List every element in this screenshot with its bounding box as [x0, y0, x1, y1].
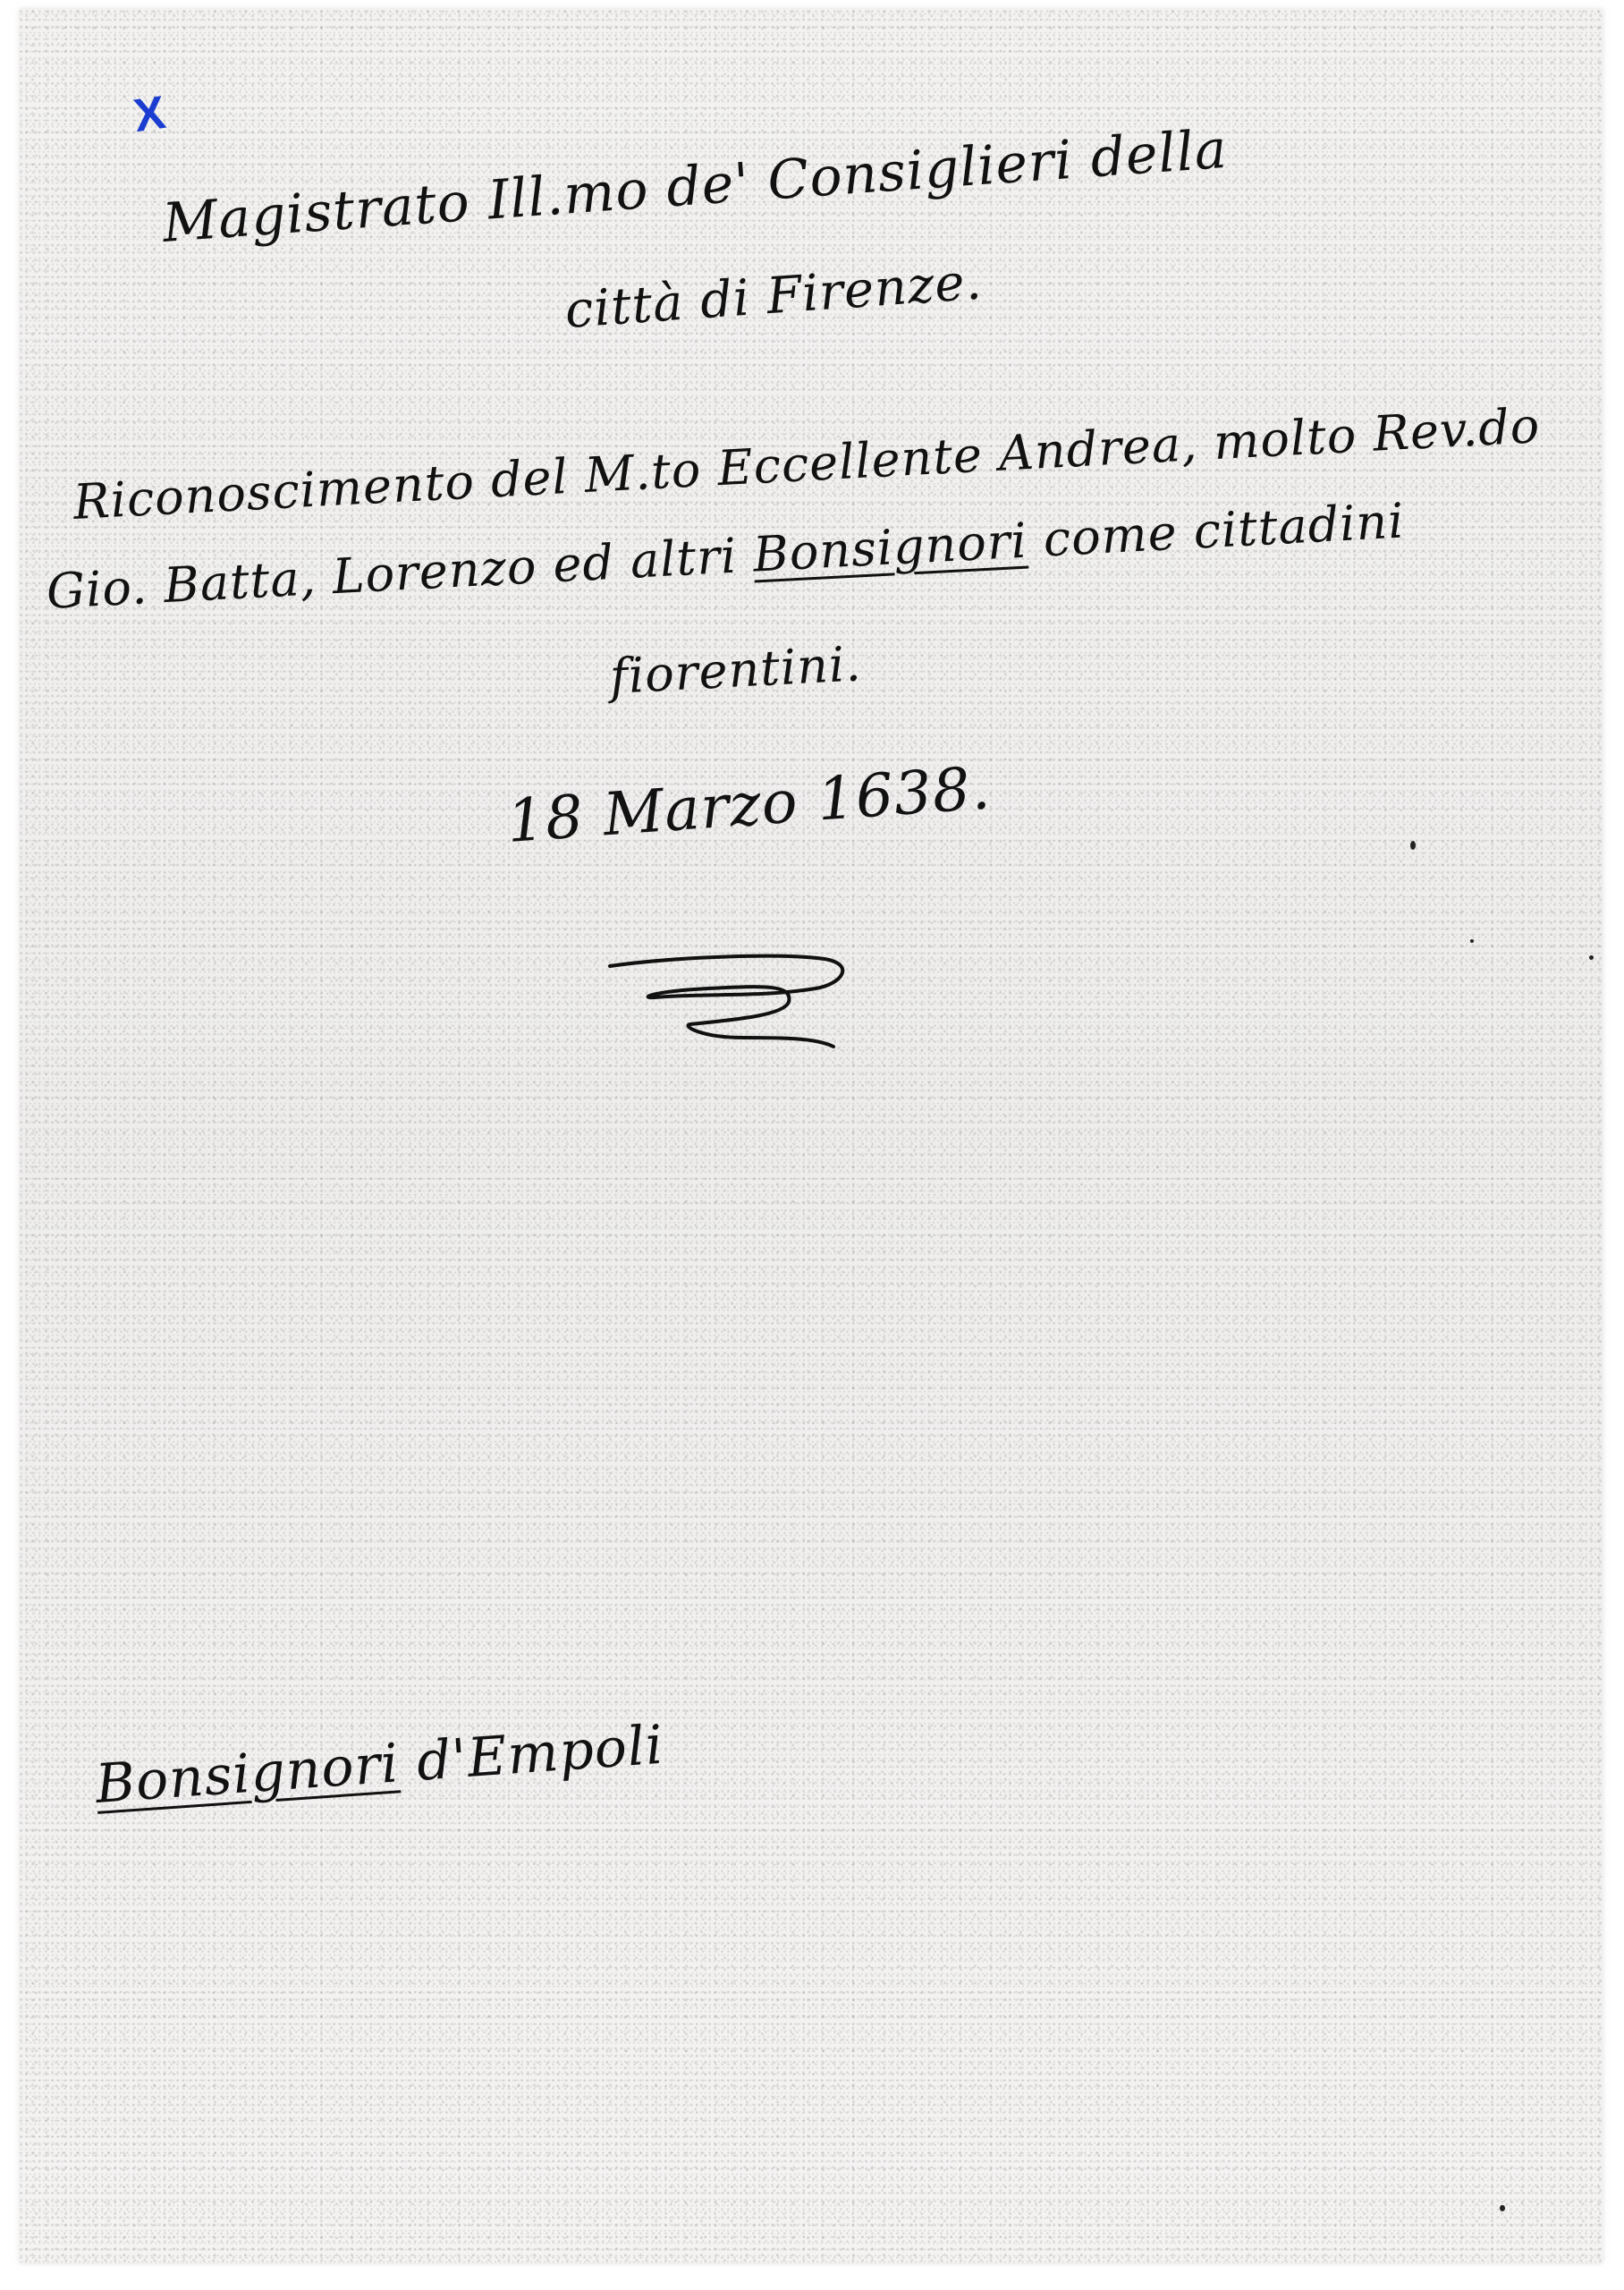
footer-family-name: Bonsignori	[94, 1732, 402, 1816]
ink-speck	[1470, 939, 1474, 943]
document-page: X Magistrato Ill.mo de' Consiglieri dell…	[20, 9, 1603, 2263]
title-line-2: città di Firenze.	[563, 252, 985, 339]
footer-note: Bonsignori d'Empoli	[94, 1714, 666, 1816]
footer-place: d'Empoli	[397, 1714, 666, 1795]
body-line-2-suffix: come cittadini	[1026, 492, 1406, 568]
ink-speck	[1410, 841, 1416, 850]
margin-mark: X	[131, 86, 169, 143]
body-line-3: fiorentini.	[608, 635, 862, 705]
family-name-underlined: Bonsignori	[752, 513, 1029, 583]
body-line-2-prefix: Gio. Batta, Lorenzo ed altri	[45, 527, 754, 620]
signature-flourish-icon	[601, 948, 887, 1056]
ink-speck	[1500, 2205, 1505, 2211]
title-line-1: Magistrato Ill.mo de' Consiglieri della	[161, 118, 1230, 255]
ink-speck	[1589, 955, 1594, 960]
document-date: 18 Marzo 1638.	[504, 753, 993, 856]
